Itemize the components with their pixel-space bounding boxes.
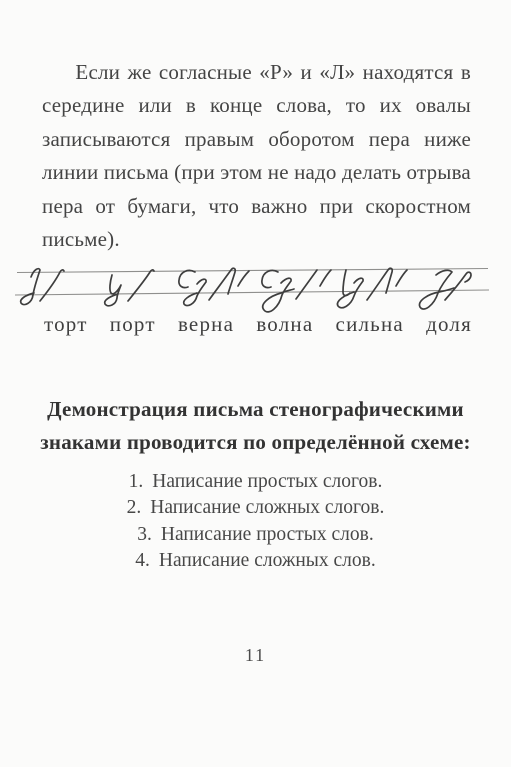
shorthand-word: верна [178, 312, 234, 337]
paragraph-line: пераотбумаги,чтоважноприскоростном [42, 190, 471, 223]
list-item: 1.Написание простых слогов. [0, 469, 511, 495]
shorthand-words-row: тортпортвернаволнасильнадоля [44, 312, 472, 337]
shorthand-glyph-port [105, 270, 154, 306]
shorthand-glyph-tort [21, 269, 64, 305]
heading-line-1: Демонстрация письма стенографическими [30, 393, 481, 426]
page-number: 11 [0, 645, 511, 666]
shorthand-word: доля [426, 312, 472, 337]
shorthand-word: волна [256, 312, 313, 337]
ruled-line-bottom [15, 290, 489, 295]
ruled-line-top [17, 269, 488, 273]
paragraph-line: серединеиливконцеслова,тоиховалы [42, 89, 471, 122]
shorthand-glyph-dolya [419, 270, 471, 309]
paragraph-line: записываютсяправымоборотомпераниже [42, 123, 471, 156]
shorthand-glyph-volna [262, 270, 331, 312]
paragraph: Еслижесогласные«Р»и«Л»находятсявсередине… [42, 56, 471, 256]
paragraph-line: линииписьма(приэтомненадоделатьотрыва [42, 156, 471, 189]
scheme-list: 1.Написание простых слогов.2.Написание с… [0, 469, 511, 574]
shorthand-word: торт [44, 312, 88, 337]
list-item: 3.Написание простых слов. [0, 522, 511, 548]
paragraph-line: письме). [42, 223, 471, 256]
shorthand-glyph-silna [337, 268, 407, 308]
list-item: 4.Написание сложных слов. [0, 548, 511, 574]
heading-line-2: знаками проводится по определённой схеме… [30, 426, 481, 459]
list-item: 2.Написание сложных слогов. [0, 495, 511, 521]
shorthand-glyph-verna [179, 268, 249, 305]
paragraph-line: Еслижесогласные«Р»и«Л»находятсяв [42, 56, 471, 89]
shorthand-word: сильна [336, 312, 404, 337]
section-heading: Демонстрация письма стенографическими зн… [30, 393, 481, 458]
book-page: Еслижесогласные«Р»и«Л»находятсявсередине… [0, 0, 511, 767]
shorthand-word: порт [110, 312, 156, 337]
